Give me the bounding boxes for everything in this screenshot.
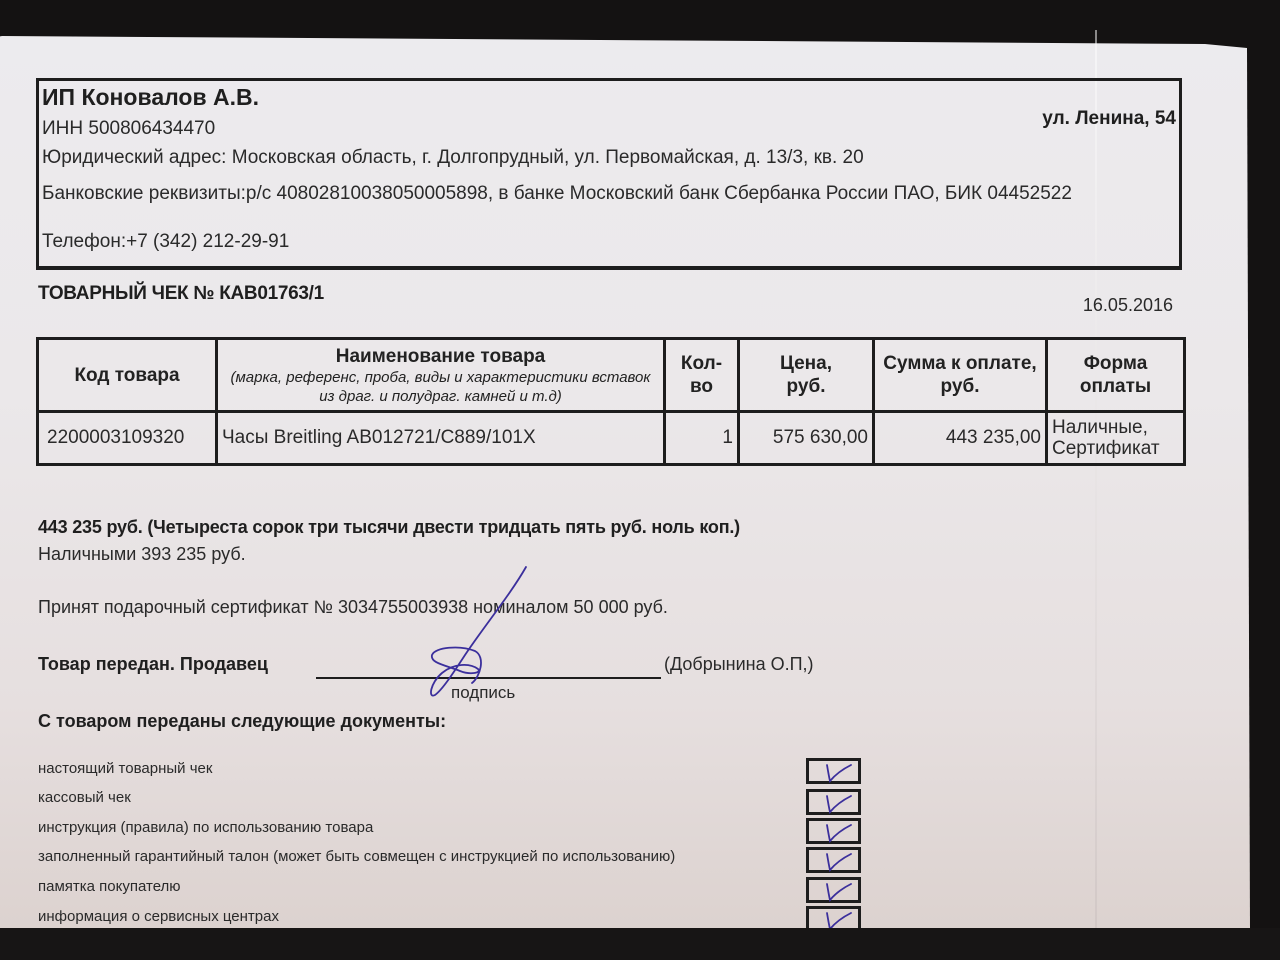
documents-heading: С товаром переданы следующие документы: [38,711,446,732]
check-mark-icon [819,792,855,814]
check-mark-icon [819,850,855,872]
check-mark-icon [819,821,855,843]
header-qty: Кол-во [665,339,739,412]
document-checkbox[interactable] [806,847,861,873]
header-price: Цена,руб. [739,339,874,412]
gift-certificate: Принят подарочный сертификат № 303475500… [38,597,668,618]
store-address: ул. Ленина, 54 [1042,108,1176,130]
document-item-label: настоящий товарный чек [38,760,212,777]
total-in-words: 443 235 руб. (Четыреста сорок три тысячи… [38,517,740,538]
document-checkbox[interactable] [806,758,861,784]
cell-price: 575 630,00 [739,412,874,465]
header-name-subtitle: (марка, референс, проба, виды и характер… [222,368,659,406]
header-sum: Сумма к оплате,руб. [874,339,1047,412]
cash-amount: Наличными 393 235 руб. [38,544,246,565]
header-payment: Формаоплаты [1047,339,1185,412]
seller-clerk-name: (Добрынина О.П,) [664,654,814,675]
document-checkbox[interactable] [806,789,861,815]
receipt-title: ТОВАРНЫЙ ЧЕК № КАВ01763/1 [38,283,324,305]
seller-inn: ИНН 500806434470 [42,118,215,140]
cell-payment: Наличные,Сертификат [1047,412,1185,465]
header-name: Наименование товара (марка, референс, пр… [217,339,665,412]
table-header-row: Код товара Наименование товара (марка, р… [38,339,1185,412]
handwritten-signature-icon [390,565,540,705]
cell-name: Часы Breitling AB012721/C889/101X [217,412,665,465]
background-surface [0,928,1280,960]
document-item-label: кассовый чек [38,789,131,806]
check-mark-icon [819,880,855,902]
document-item-label: информация о сервисных центрах [38,908,279,925]
cell-sum: 443 235,00 [874,412,1047,465]
document-checkbox[interactable] [806,818,861,844]
check-mark-icon [819,761,855,783]
seller-bank-details: Банковские реквизиты:р/с 408028100380500… [42,183,1072,205]
seller-legal-address: Юридический адрес: Московская область, г… [42,147,864,169]
receipt-date: 16.05.2016 [1083,295,1173,316]
document-checkbox[interactable] [806,877,861,903]
cell-qty: 1 [665,412,739,465]
table-row: 2200003109320 Часы Breitling AB012721/C8… [38,412,1185,465]
document-item-label: памятка покупателю [38,878,181,895]
handover-label: Товар передан. Продавец [38,654,268,675]
seller-name: ИП Коновалов А.В. [42,84,259,111]
items-table: Код товара Наименование товара (марка, р… [36,337,1186,466]
cell-code: 2200003109320 [38,412,217,465]
header-code: Код товара [38,339,217,412]
document-item-label: инструкция (правила) по использованию то… [38,819,373,836]
seller-phone: Телефон:+7 (342) 212-29-91 [42,231,289,253]
document-item-label: заполненный гарантийный талон (может быт… [38,848,675,865]
